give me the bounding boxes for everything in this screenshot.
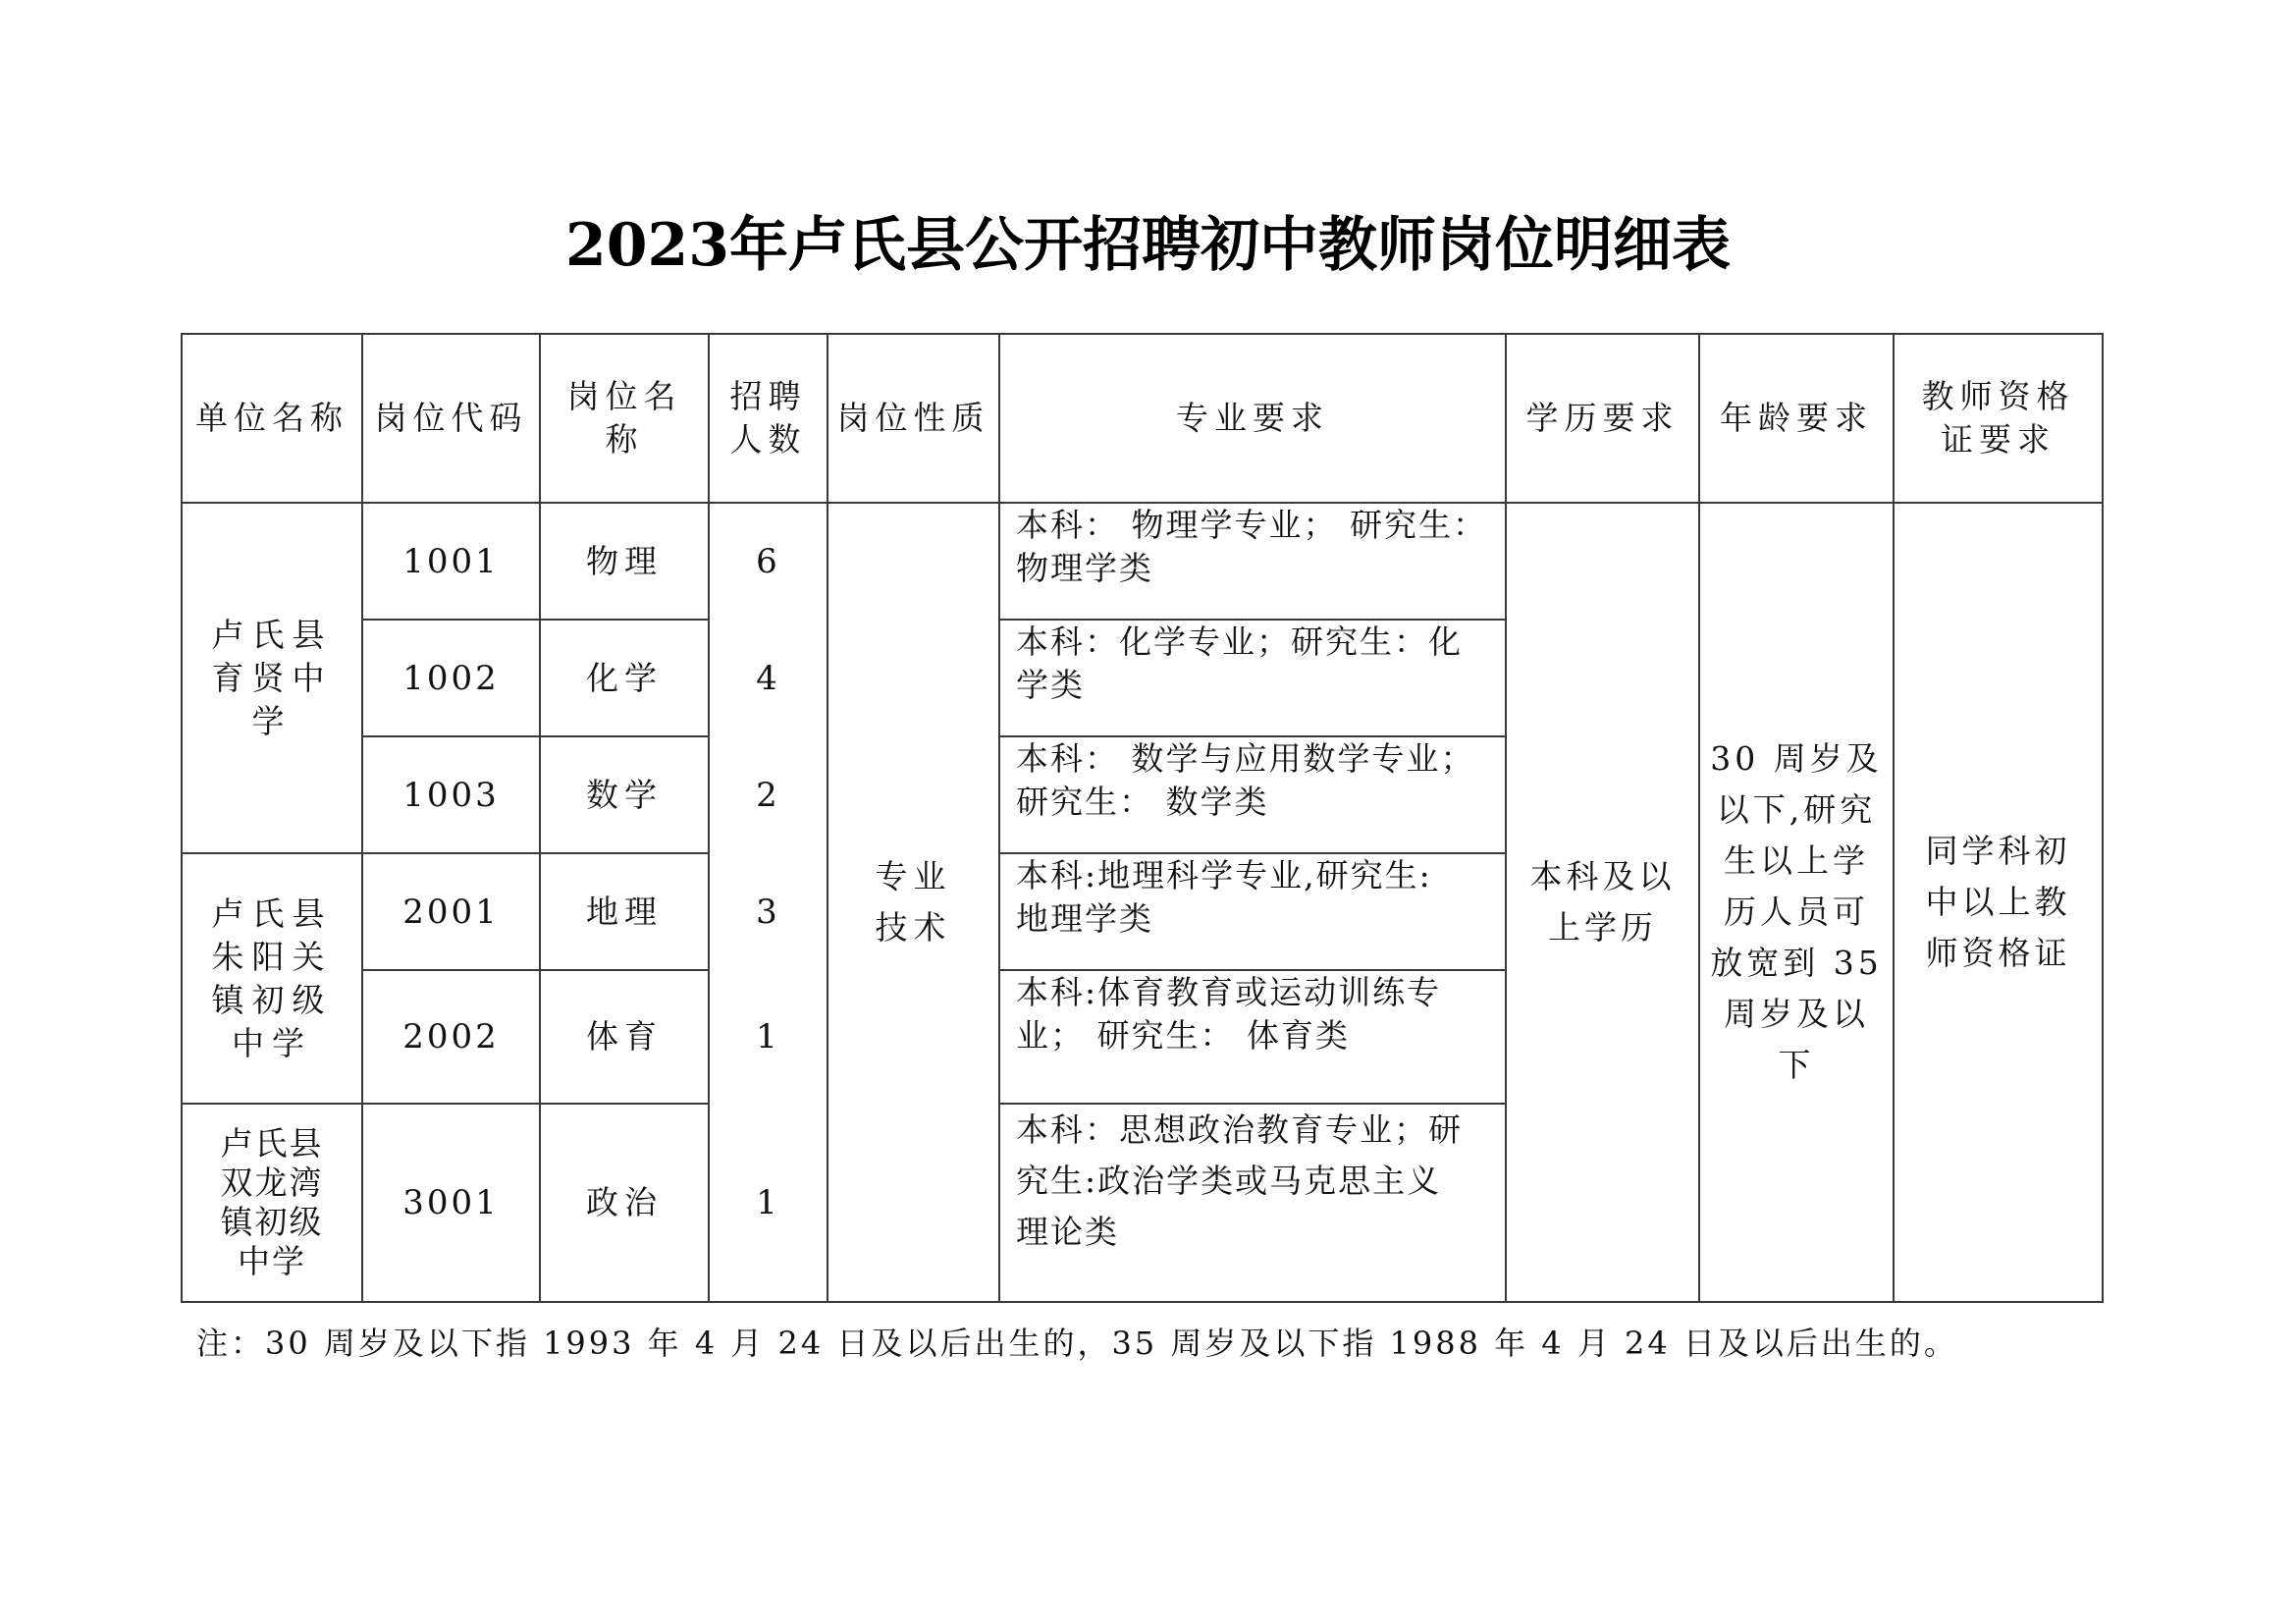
- header-education-label: 学历要求: [1526, 397, 1680, 440]
- unit-name-cell: 卢氏县 双龙湾 镇初级 中学: [183, 1105, 361, 1301]
- position-nature-cell: 专业 技术: [828, 504, 998, 1301]
- position-name: 地理: [541, 854, 708, 969]
- header-count-label: 招聘: [730, 375, 807, 418]
- page-title: 2023年卢氏县公开招聘初中教师岗位明细表: [0, 208, 2296, 283]
- age-requirement-line: 生以上学: [1724, 836, 1869, 887]
- position-code: 2002: [363, 971, 539, 1103]
- header-code: 岗位代码: [363, 335, 539, 502]
- unit-name-line: 育贤中: [212, 657, 333, 700]
- footnote: 注：30 周岁及以下指 1993 年 4 月 24 日及以后出生的，35 周岁及…: [196, 1324, 1958, 1363]
- position-name: 政治: [541, 1105, 708, 1301]
- cert-requirement-line: 师资格证: [1926, 928, 2071, 979]
- cert-requirement-cell: 同学科初 中以上教 师资格证: [1895, 504, 2102, 1301]
- hire-count-value: 1: [756, 1015, 780, 1058]
- hire-count-value: 1: [756, 1181, 780, 1224]
- age-requirement-cell: 30 周岁及 以下,研究 生以上学 历人员可 放宽到 35 周岁及以 下: [1700, 504, 1893, 1301]
- major-requirement-line: 本科:体育教育或运动训练专: [1016, 971, 1441, 1014]
- unit-name-line: 卢氏县: [212, 893, 333, 936]
- unit-name-cell: 卢氏县 育贤中 学: [183, 504, 361, 852]
- education-requirement-line: 上学历: [1548, 902, 1657, 953]
- position-code: 3001: [363, 1105, 539, 1301]
- position-code-value: 1003: [402, 774, 500, 817]
- header-count: 招聘 人数: [710, 335, 827, 502]
- header-age-label: 年龄要求: [1720, 397, 1873, 440]
- position-code-value: 2002: [402, 1015, 500, 1058]
- header-unit: 单位名称: [183, 335, 361, 502]
- header-major-label: 专业要求: [1176, 397, 1329, 440]
- unit-name-line: 卢氏县: [221, 1124, 324, 1164]
- hire-count: 3: [710, 854, 827, 969]
- header-age: 年龄要求: [1700, 335, 1893, 502]
- position-name-value: 物理: [586, 540, 663, 583]
- header-count-label: 人数: [730, 418, 807, 461]
- education-requirement-line: 本科及以: [1530, 851, 1676, 902]
- age-requirement-line: 放宽到 35: [1710, 938, 1882, 989]
- header-position: 岗位名称: [541, 335, 708, 502]
- major-requirement-line: 地理学类: [1016, 897, 1153, 941]
- position-name: 体育: [541, 971, 708, 1103]
- hire-count-value: 3: [756, 891, 780, 934]
- unit-name-line: 双龙湾: [221, 1164, 324, 1203]
- hire-count: 4: [710, 621, 827, 735]
- major-requirement: 本科:体育教育或运动训练专 业； 研究生： 体育类: [1000, 971, 1505, 1103]
- major-requirement-line: 究生:政治学类或马克思主义: [1016, 1156, 1441, 1207]
- age-requirement-line: 下: [1779, 1040, 1815, 1091]
- position-name-value: 地理: [586, 891, 663, 934]
- position-code: 2001: [363, 854, 539, 969]
- education-requirement-cell: 本科及以 上学历: [1507, 504, 1698, 1301]
- header-nature-label: 岗位性质: [837, 397, 990, 440]
- position-nature-line: 专业: [876, 851, 952, 902]
- position-name: 数学: [541, 737, 708, 852]
- position-name-value: 化学: [586, 657, 663, 700]
- header-cert-label: 证要求: [1941, 418, 2056, 461]
- unit-name-line: 卢氏县: [212, 614, 333, 657]
- header-position-label: 岗位名称: [549, 375, 700, 461]
- position-name-value: 数学: [586, 774, 663, 817]
- major-requirement-line: 本科：化学专业；研究生：化: [1016, 621, 1463, 664]
- unit-name-line: 中学: [238, 1242, 306, 1281]
- position-code-value: 2001: [402, 891, 500, 934]
- position-code-value: 1001: [402, 540, 500, 583]
- major-requirement-line: 本科:地理科学专业,研究生:: [1016, 854, 1432, 897]
- age-requirement-line: 以下,研究: [1717, 785, 1877, 836]
- major-requirement-line: 学类: [1016, 664, 1085, 707]
- position-nature-line: 技术: [876, 902, 952, 953]
- header-nature: 岗位性质: [828, 335, 998, 502]
- hire-count: 1: [710, 1105, 827, 1301]
- header-cert: 教师资格 证要求: [1895, 335, 2102, 502]
- position-code: 1003: [363, 737, 539, 852]
- age-requirement-line: 历人员可: [1724, 887, 1869, 938]
- cert-requirement-line: 同学科初: [1926, 826, 2071, 877]
- hire-count-value: 4: [756, 657, 780, 700]
- hire-count: 2: [710, 737, 827, 852]
- unit-name-line: 镇初级: [221, 1203, 324, 1242]
- major-requirement-line: 研究生： 数学类: [1016, 781, 1269, 824]
- unit-name-line: 学: [252, 700, 293, 743]
- unit-name-line: 镇初级: [212, 979, 333, 1022]
- major-requirement-line: 业； 研究生： 体育类: [1016, 1014, 1350, 1057]
- age-requirement-line: 30 周岁及: [1710, 733, 1882, 785]
- major-requirement-line: 本科： 数学与应用数学专业；: [1016, 737, 1475, 781]
- major-requirement: 本科： 数学与应用数学专业； 研究生： 数学类: [1000, 737, 1505, 852]
- position-code: 1001: [363, 504, 539, 619]
- position-name: 化学: [541, 621, 708, 735]
- header-code-label: 岗位代码: [375, 397, 528, 440]
- major-requirement: 本科： 物理学专业； 研究生： 物理学类: [1000, 504, 1505, 619]
- hire-count: 6: [710, 504, 827, 619]
- major-requirement-line: 本科：思想政治教育专业；研: [1016, 1105, 1463, 1156]
- header-cert-label: 教师资格: [1922, 375, 2075, 418]
- major-requirement-line: 理论类: [1016, 1207, 1119, 1258]
- age-requirement-line: 周岁及以: [1724, 989, 1869, 1040]
- header-education: 学历要求: [1507, 335, 1698, 502]
- position-code-value: 1002: [402, 657, 500, 700]
- hire-count-value: 2: [756, 774, 780, 817]
- major-requirement: 本科：思想政治教育专业；研 究生:政治学类或马克思主义 理论类: [1000, 1105, 1505, 1301]
- unit-name-line: 中学: [232, 1022, 312, 1065]
- position-name: 物理: [541, 504, 708, 619]
- major-requirement-line: 本科： 物理学专业； 研究生：: [1016, 504, 1487, 547]
- major-requirement-line: 物理学类: [1016, 547, 1153, 590]
- unit-name-cell: 卢氏县 朱阳关 镇初级 中学: [183, 854, 361, 1103]
- hire-count-value: 6: [756, 540, 780, 583]
- header-major: 专业要求: [1000, 335, 1505, 502]
- major-requirement: 本科：化学专业；研究生：化 学类: [1000, 621, 1505, 735]
- position-name-value: 体育: [586, 1015, 663, 1058]
- header-unit-label: 单位名称: [195, 397, 348, 440]
- cert-requirement-line: 中以上教: [1926, 877, 2071, 928]
- major-requirement: 本科:地理科学专业,研究生: 地理学类: [1000, 854, 1505, 969]
- unit-name-line: 朱阳关: [212, 936, 333, 979]
- position-code: 1002: [363, 621, 539, 735]
- position-name-value: 政治: [586, 1181, 663, 1224]
- hire-count: 1: [710, 971, 827, 1103]
- position-code-value: 3001: [402, 1181, 500, 1224]
